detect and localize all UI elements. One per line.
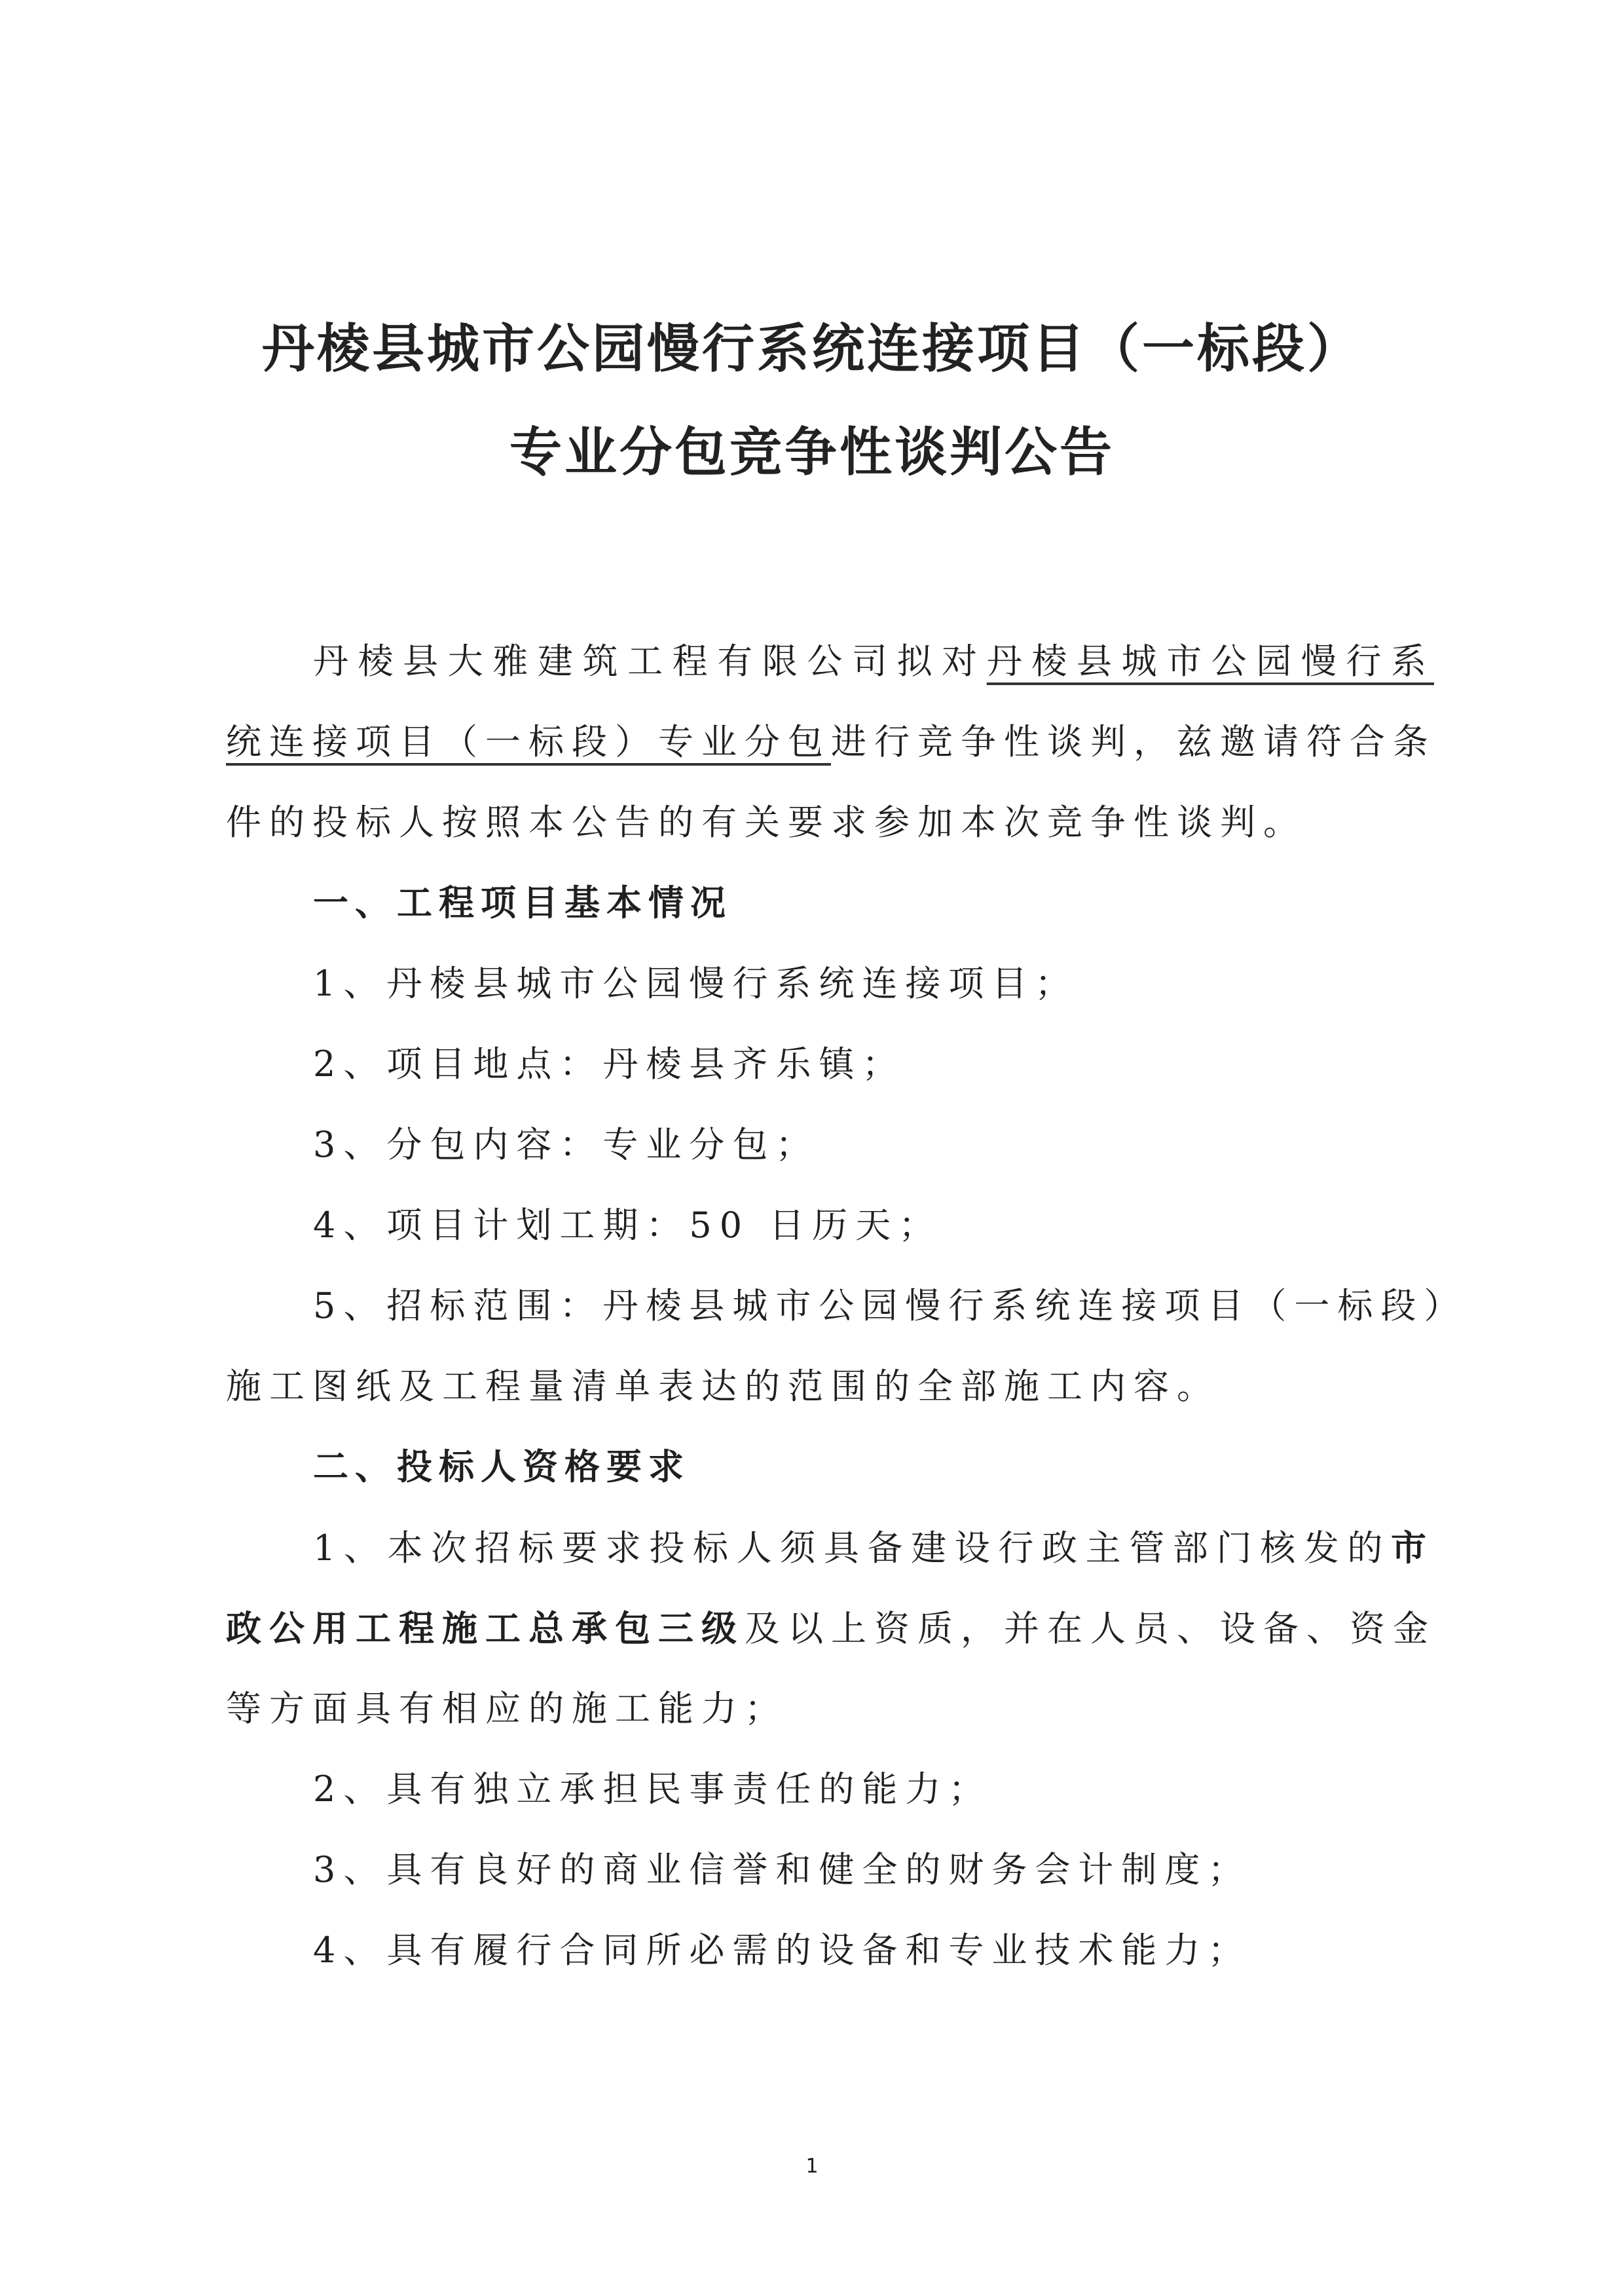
section-1-item-2: 2、项目地点：丹棱县齐乐镇；	[313, 1041, 1434, 1087]
section-2-heading: 二、投标人资格要求	[313, 1444, 1434, 1490]
section-2-item-1-line-3: 等方面具有相应的施工能力；	[226, 1686, 1434, 1732]
intro-company-text: 丹棱县大雅建筑工程有限公司拟对	[313, 641, 987, 682]
section-1-item-1: 1、丹棱县城市公园慢行系统连接项目；	[313, 961, 1434, 1007]
section-2-item-1-line-2: 政公用工程施工总承包三级及以上资质，并在人员、设备、资金	[226, 1605, 1434, 1652]
section-1-item-5-line-1: 5、招标范围：丹棱县城市公园慢行系统连接项目（一标段）	[313, 1283, 1434, 1329]
qualification-level-bold: 市	[1391, 1527, 1434, 1569]
section-1-heading: 一、工程项目基本情况	[313, 880, 1434, 926]
page-number: 1	[0, 2155, 1624, 2178]
qualification-extra-text: 及以上资质，并在人员、设备、资金	[745, 1608, 1436, 1649]
section-2-item-4: 4、具有履行合同所必需的设备和专业技术能力；	[313, 1928, 1434, 1973]
section-1-item-4: 4、项目计划工期：50 日历天；	[313, 1203, 1434, 1248]
section-2-item-3: 3、具有良好的商业信誉和健全的财务会计制度；	[313, 1847, 1434, 1893]
intro-line-1: 丹棱县大雅建筑工程有限公司拟对丹棱县城市公园慢行系	[313, 639, 1434, 684]
section-2-item-1-line-1: 1、本次招标要求投标人须具备建设行政主管部门核发的市	[313, 1525, 1434, 1571]
section-2-item-2: 2、具有独立承担民事责任的能力；	[313, 1766, 1434, 1812]
qualification-level-bold-cont: 政公用工程施工总承包三级	[226, 1607, 745, 1649]
qualification-requirement-text: 1、本次招标要求投标人须具备建设行政主管部门核发的	[313, 1527, 1391, 1569]
section-1-item-3: 3、分包内容：专业分包；	[313, 1122, 1434, 1168]
document-page: 丹棱县城市公园慢行系统连接项目（一标段） 专业分包竞争性谈判公告 丹棱县大雅建筑…	[0, 0, 1624, 2295]
section-1-item-5-line-2: 施工图纸及工程量清单表达的范围的全部施工内容。	[226, 1364, 1434, 1409]
intro-line-3: 件的投标人按照本公告的有关要求参加本次竞争性谈判。	[226, 800, 1434, 846]
document-title-line-2: 专业分包竞争性谈判公告	[196, 419, 1428, 485]
intro-invitation-text: 进行竞争性谈判，兹邀请符合条	[831, 721, 1436, 762]
intro-project-name-underlined: 丹棱县城市公园慢行系	[987, 641, 1434, 682]
intro-project-name-underlined-cont: 统连接项目（一标段）专业分包	[226, 721, 831, 762]
intro-line-2: 统连接项目（一标段）专业分包进行竞争性谈判，兹邀请符合条	[226, 719, 1434, 765]
document-title-line-1: 丹棱县城市公园慢行系统连接项目（一标段）	[196, 316, 1428, 381]
